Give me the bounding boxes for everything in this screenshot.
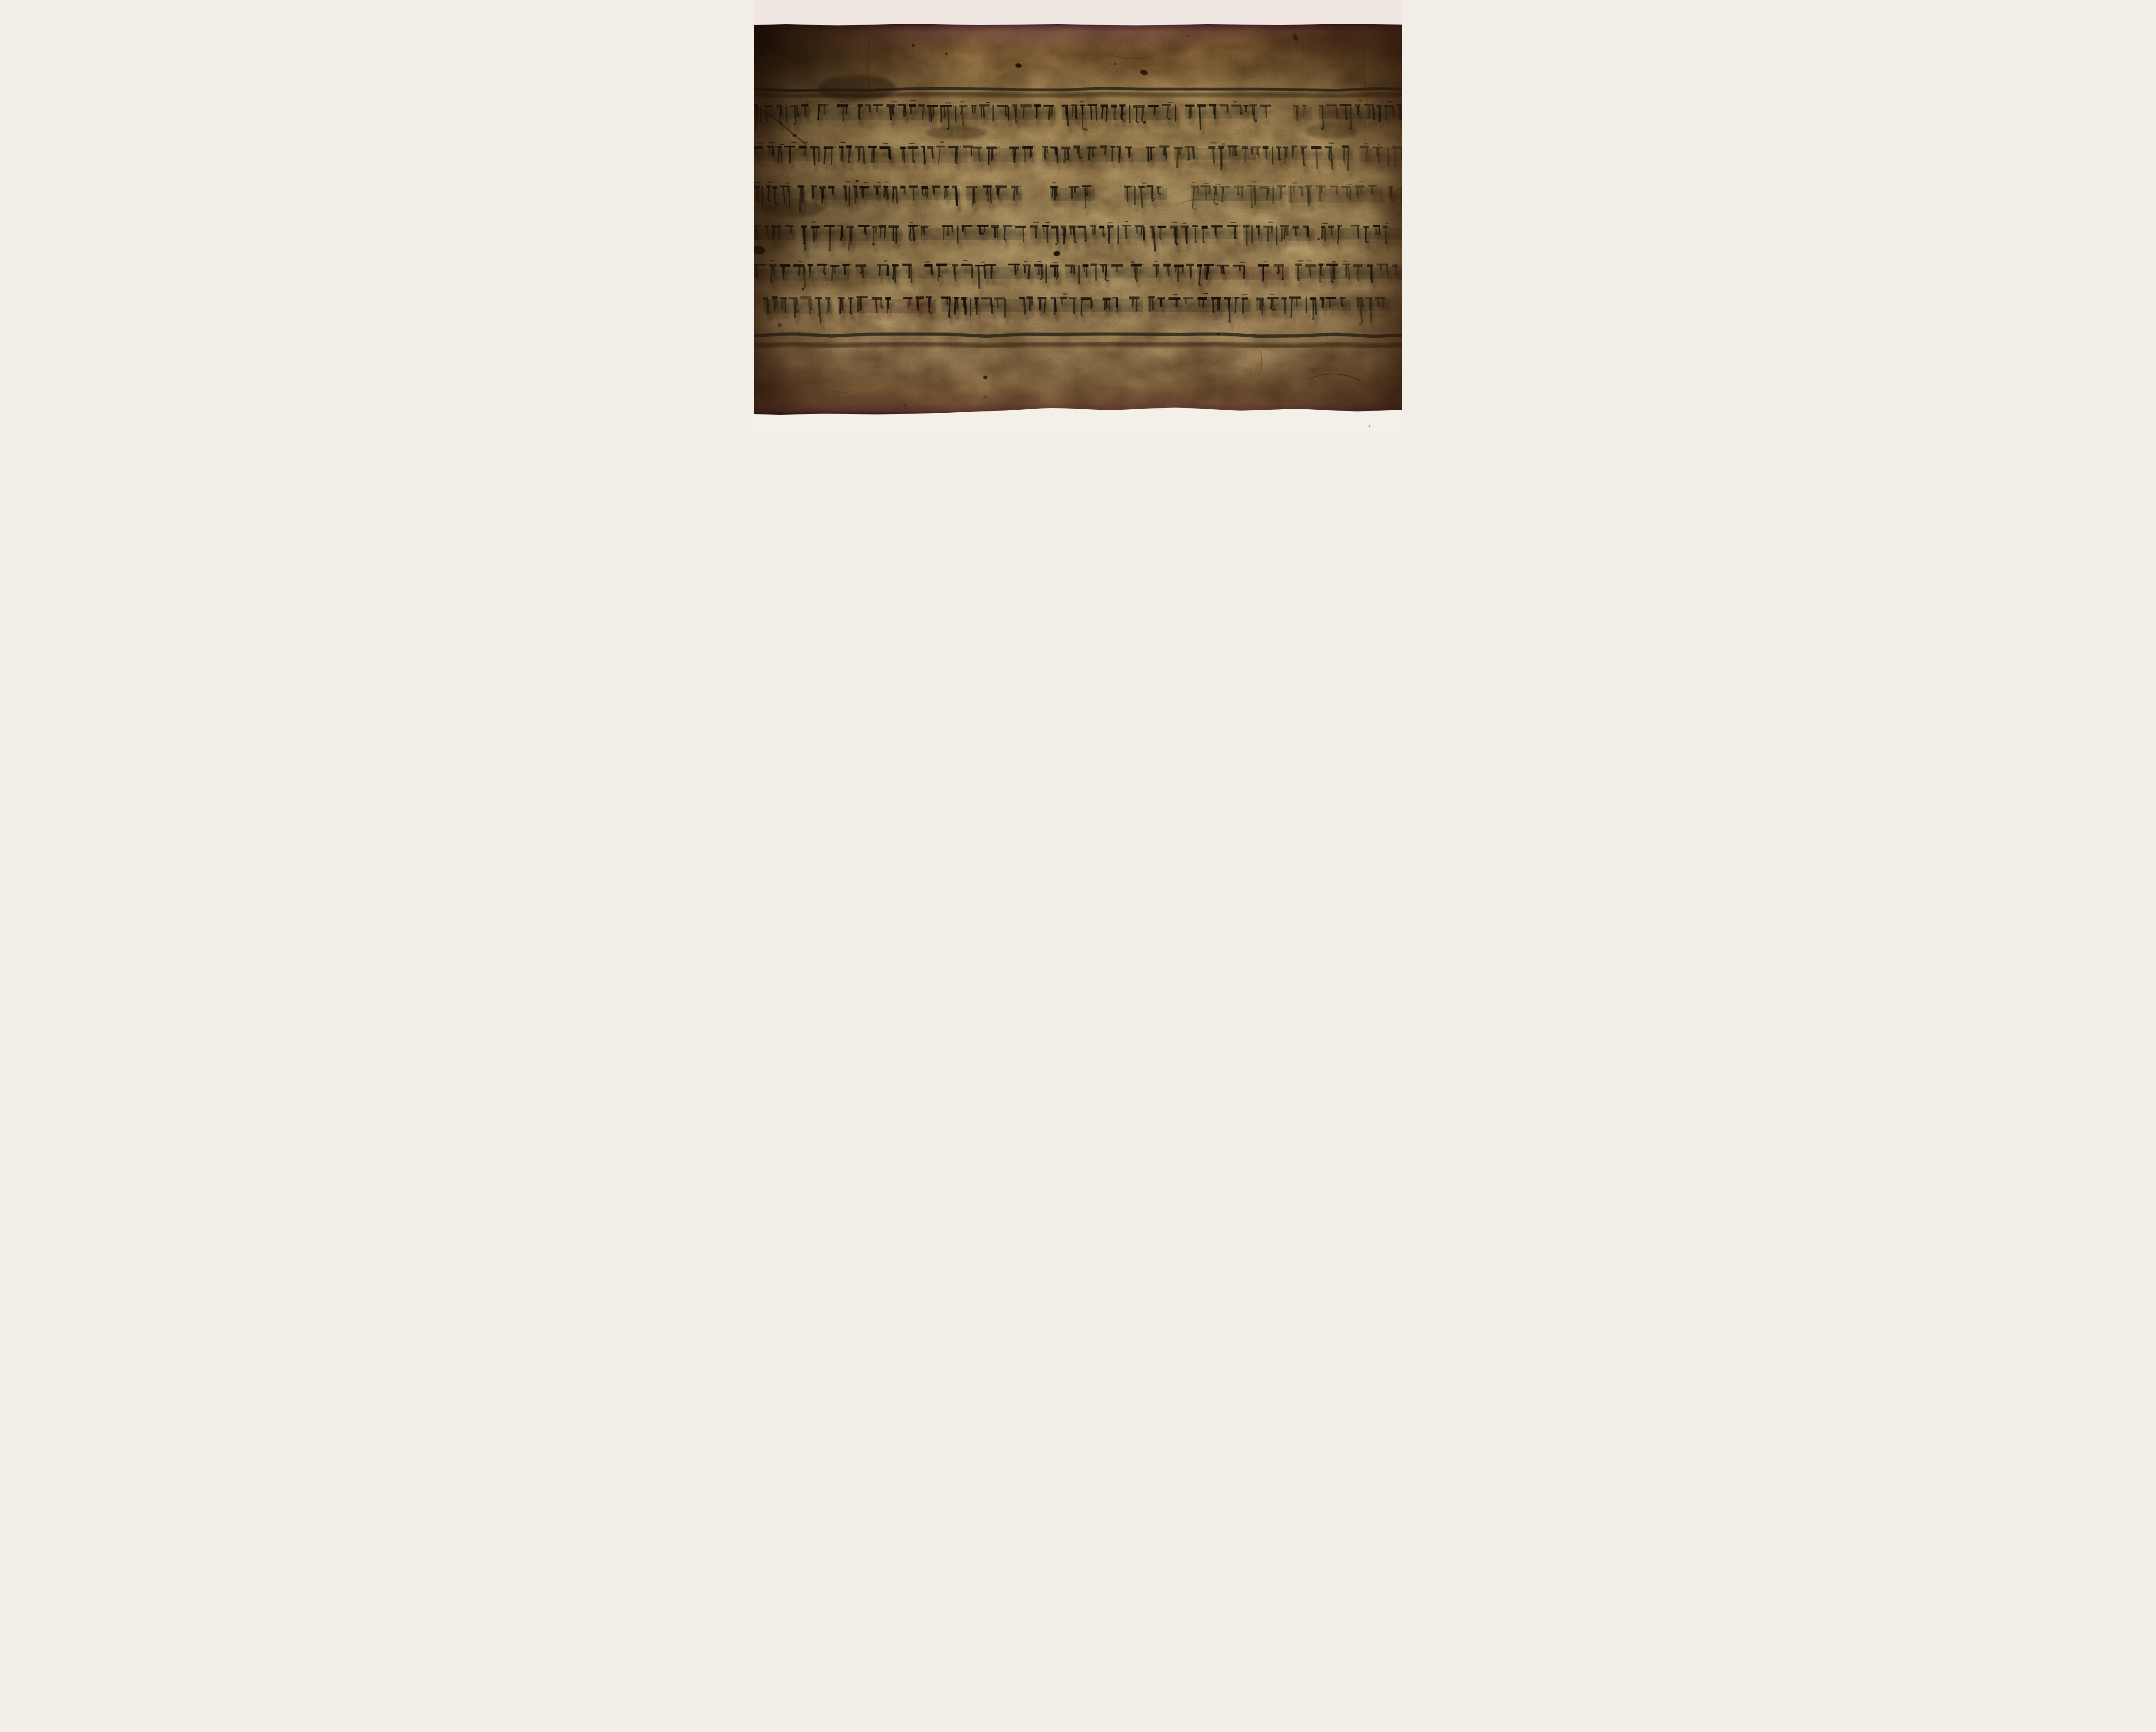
stray-dye-dot: [1369, 425, 1370, 427]
paper-texture-layer: [754, 23, 1402, 415]
paper-grain: [754, 23, 1402, 415]
paper-sheet: [754, 23, 1402, 415]
manuscript-photograph: [754, 0, 1402, 433]
